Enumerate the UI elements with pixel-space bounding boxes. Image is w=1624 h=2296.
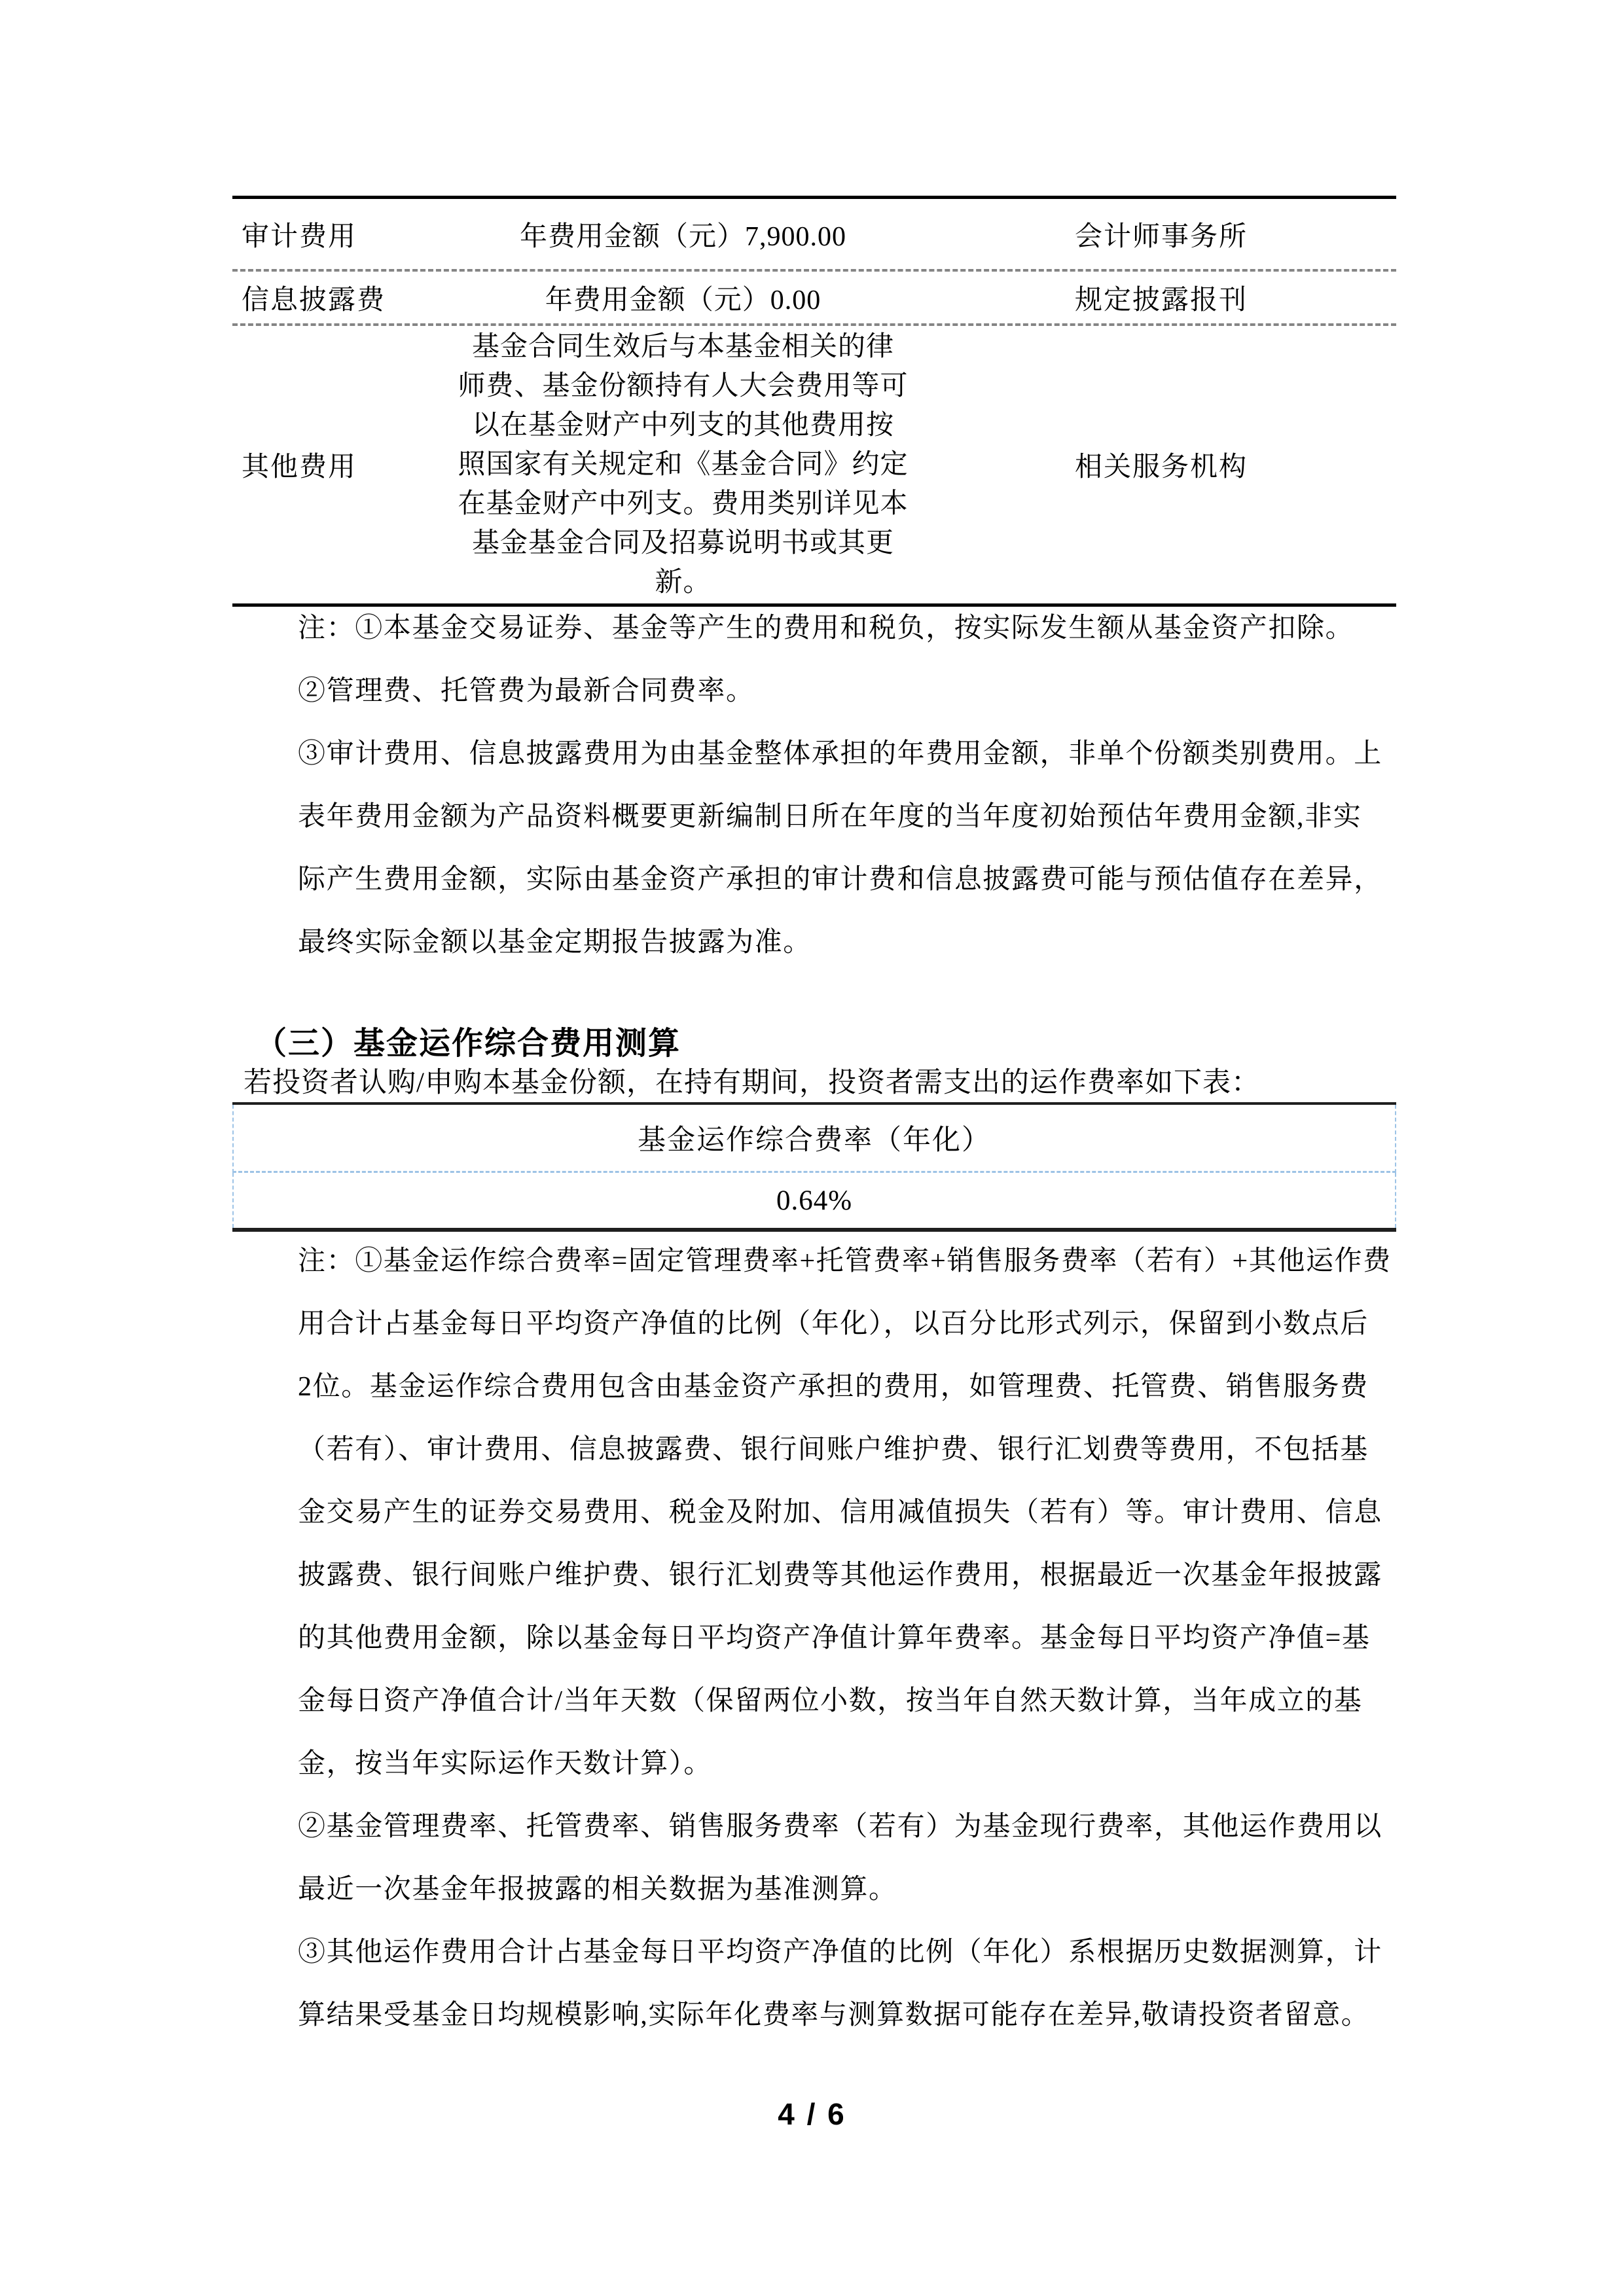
fee-description-cell: 基金合同生效后与本基金相关的律 师费、基金份额持有人大会费用等可 以在基金财产中… — [440, 326, 926, 603]
page-number: 4 / 6 — [0, 2096, 1624, 2132]
fee-name-cell: 信息披露费 — [232, 272, 440, 323]
fee-recipient-cell: 会计师事务所 — [926, 199, 1396, 269]
rate-table-header: 基金运作综合费率（年化） — [232, 1105, 1396, 1173]
document-page: 审计费用 年费用金额（元）7,900.00 会计师事务所 信息披露费 年费用金额… — [0, 0, 1624, 2296]
fee-name-cell: 审计费用 — [232, 199, 440, 269]
rate-table-value: 0.64% — [232, 1173, 1396, 1228]
section-intro: 若投资者认购/申购本基金份额，在持有期间，投资者需支出的运作费率如下表： — [244, 1062, 1260, 1105]
table-row: 其他费用 基金合同生效后与本基金相关的律 师费、基金份额持有人大会费用等可 以在… — [232, 326, 1396, 603]
rate-table-notes: 注：①基金运作综合费率=固定管理费率+托管费率+销售服务费率（若有）+其他运作费… — [298, 1230, 1411, 2047]
operation-rate-table: 基金运作综合费率（年化） 0.64% — [232, 1102, 1396, 1232]
fee-recipient-cell: 相关服务机构 — [926, 326, 1396, 603]
table-row: 审计费用 年费用金额（元）7,900.00 会计师事务所 — [232, 199, 1396, 272]
fee-amount-cell: 年费用金额（元）0.00 — [440, 272, 926, 323]
table-row: 信息披露费 年费用金额（元）0.00 规定披露报刊 — [232, 272, 1396, 326]
fee-name-cell: 其他费用 — [232, 326, 440, 603]
fee-amount-cell: 年费用金额（元）7,900.00 — [440, 199, 926, 269]
fees-table-notes: 注：①本基金交易证券、基金等产生的费用和税负，按实际发生额从基金资产扣除。 ②管… — [298, 597, 1411, 974]
fund-fees-table: 审计费用 年费用金额（元）7,900.00 会计师事务所 信息披露费 年费用金额… — [232, 196, 1396, 607]
fee-recipient-cell: 规定披露报刊 — [926, 272, 1396, 323]
